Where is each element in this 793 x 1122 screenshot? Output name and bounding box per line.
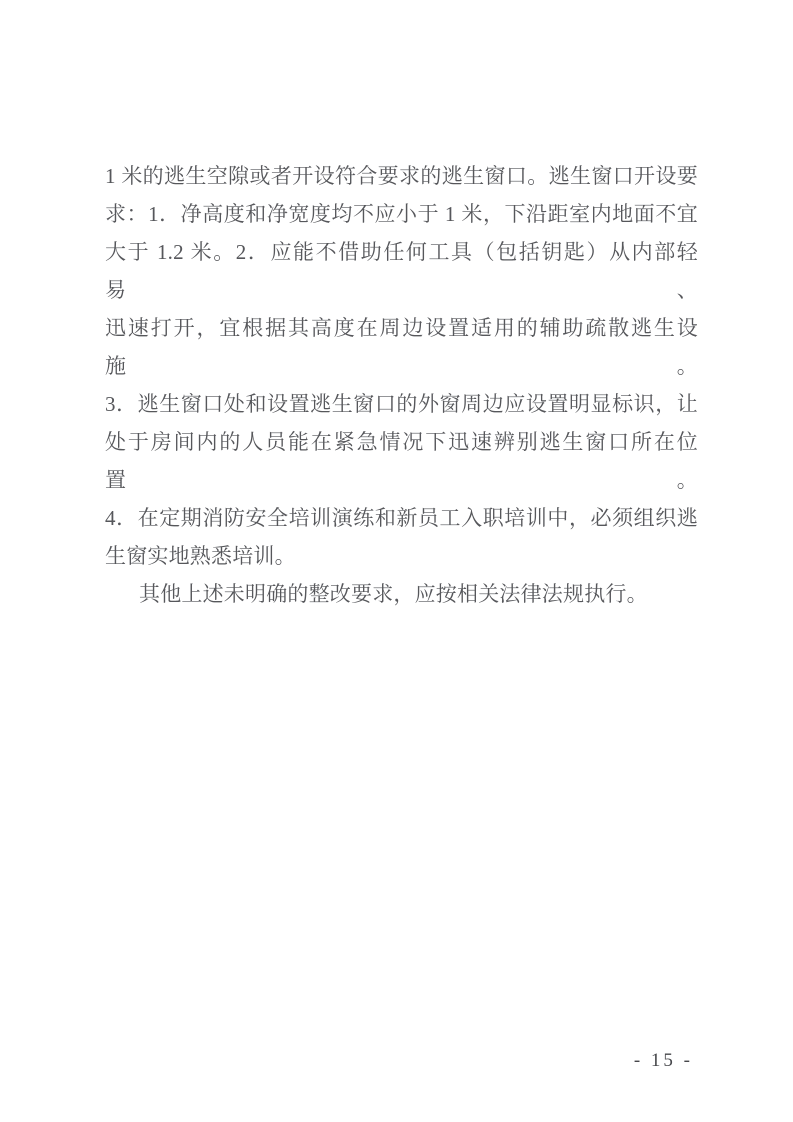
page-number: - 15 - [634, 1049, 693, 1073]
text-line: 生窗实地熟悉培训。 [105, 537, 698, 575]
text-line: 大于 1.2 米。2．应能不借助任何工具（包括钥匙）从内部轻易、 [105, 233, 698, 309]
text-line: 求：1．净高度和净宽度均不应小于 1 米，下沿距室内地面不宜 [105, 195, 698, 233]
text-line: 迅速打开，宜根据其高度在周边设置适用的辅助疏散逃生设施。 [105, 309, 698, 385]
text-line: 其他上述未明确的整改要求，应按相关法律法规执行。 [105, 575, 698, 613]
text-line: 4．在定期消防安全培训演练和新员工入职培训中，必须组织逃 [105, 499, 698, 537]
text-line: 1 米的逃生空隙或者开设符合要求的逃生窗口。逃生窗口开设要 [105, 157, 698, 195]
document-page: 1 米的逃生空隙或者开设符合要求的逃生窗口。逃生窗口开设要 求：1．净高度和净宽… [0, 0, 793, 1122]
text-line: 处于房间内的人员能在紧急情况下迅速辨别逃生窗口所在位置。 [105, 423, 698, 499]
text-line: 3．逃生窗口处和设置逃生窗口的外窗周边应设置明显标识，让 [105, 385, 698, 423]
body-text: 1 米的逃生空隙或者开设符合要求的逃生窗口。逃生窗口开设要 求：1．净高度和净宽… [105, 157, 698, 613]
